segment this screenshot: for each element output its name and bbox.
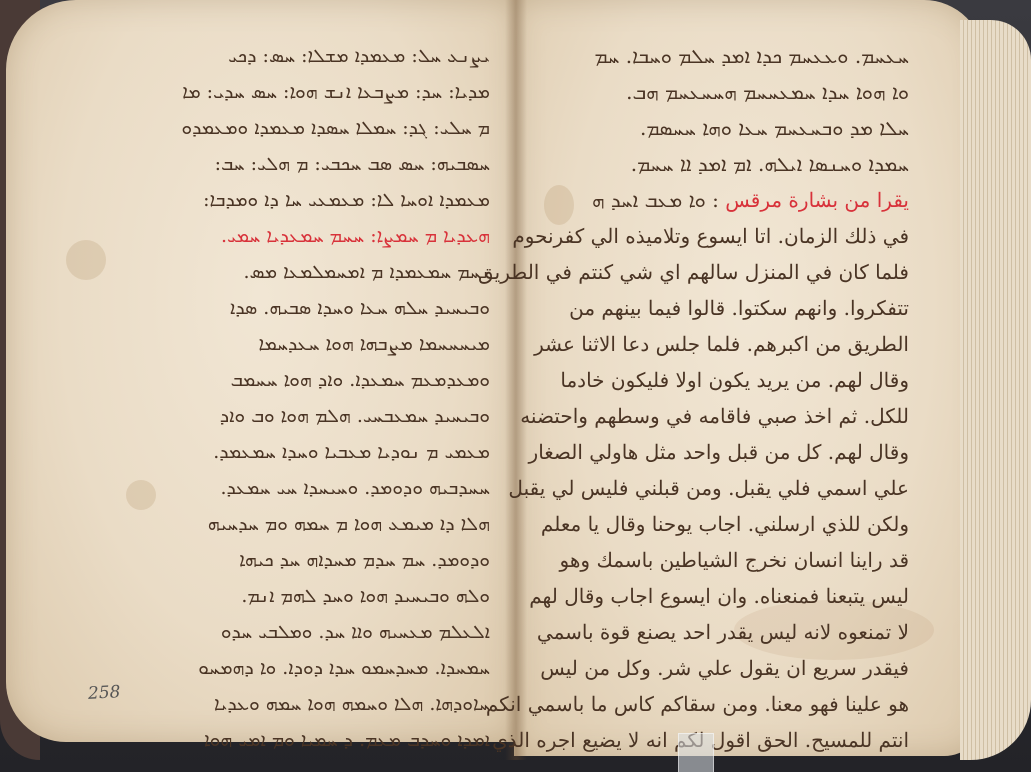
text-line: علي اسمي فلي يقبل. ومن قبلني فليس لي يقب… (534, 470, 909, 506)
text-line: وقال لهم. كل من قبل واحد مثل هاولي الصغا… (534, 434, 909, 470)
text-line: ܚܣܒܝܗ: ܚܣ ܣܒ ܚܟܒܝ: ܡ ܗܠܝ: ܚܒ: (110, 146, 490, 182)
text-line: ܚܥܚܡ. ܘܥܥܚܡ ܟܕܐ ܐܡܕ ܚܠܡ ܘܚܒܐ. ܚܡ (534, 38, 909, 74)
right-page-text: ܚܥܚܡ. ܘܥܥܚܡ ܟܕܐ ܐܡܕ ܚܠܡ ܘܚܒܐ. ܚܡ ܘܐ ܗܘܐ … (534, 38, 909, 758)
page-clip (678, 733, 714, 772)
folio-number: 258 (87, 682, 120, 704)
text-line: فيقدر سريع ان يقول علي شر. وكل من ليس (534, 650, 909, 686)
text-line: انتم للمسيح. الحق اقول لكم انه لا يضيع ا… (534, 722, 909, 758)
text-line: في ذلك الزمان. اتا ايسوع وتلاميذه الي كف… (534, 218, 909, 254)
text-line: هو علينا فهو معنا. ومن سقاكم كاس ما باسم… (534, 686, 909, 722)
text-line: لا تمنعوه لانه ليس يقدر احد يصنع قوة باس… (534, 614, 909, 650)
text-line: ܡܕܝܐ: ܚܕ: ܡܨܒܥܐ ܐܢܫ ܗܘܐ: ܚܣ ܚܕܝ: ܡܐ (110, 74, 490, 110)
fore-edge-leaves (960, 20, 1031, 760)
left-page-text: ܝܨܢܥ ܚܠ: ܡܥܡܕܐ ܡܫܠܐ: ܚܣ: ܕܟܝ ܡܕܝܐ: ܚܕ: ܡ… (110, 38, 490, 758)
text-line: قد راينا انسان نخرج الشياطين باسمك وهو (534, 542, 909, 578)
rubric-line: ܗܥܕܝܐ ܡ ܚܡܨܐ: ܚܚܡ ܚܡܥܕܝܐ ܚܡܝ. (110, 218, 490, 254)
text-line: ܐܡܕܐ ܘܚܕܒ ܡܥܡ. ܕ ܚܡܝܐ ܘܡ ܐܡܝ ܗܘܐ (110, 722, 490, 758)
text-line: ܘܒܝܚܝܕ ܚܡܥܒܚܝ. ܗܠܡ ܗܘܐ ܘܒ ܘܐܕ (110, 398, 490, 434)
text-line: ܚܐܘܕܗܐ. ܗܠܐ ܘܚܡܗ ܗܘܐ ܚܡܗ ܘܥܕܝܐ (110, 686, 490, 722)
text-line: ܚܚܕܒܝܗ ܘܕܘܡܕ. ܘܚܝܚܕܐ ܚܝ ܚܡܥܕ. (110, 470, 490, 506)
rubric-heading: يقرا من بشارة مرقس (725, 188, 909, 212)
text-line: وقال لهم. من يريد يكون اولا فليكون خادما (534, 362, 909, 398)
text-line: ܗܠܐ ܕܐ ܡܝܡܥ ܗܘܐ ܡ ܚܡܗ ܘܡ ܚܕܚܝܗ (110, 506, 490, 542)
text-line: ܘܡܥܕܡܥܡ ܚܡܥܕܐ. ܘܐܕ ܗܘܐ ܚܚܡܒ (110, 362, 490, 398)
rubric-line: يقرا من بشارة مرقس : ܘܐ ܡܥܒ ܐܚܕ ܗ (534, 182, 909, 218)
text-line: ܘܕܘܡܕ. ܚܡ ܚܕܡ ܡܚܕܐܗ ܚܕ ܟܝܗܐ (110, 542, 490, 578)
text-line: ܚܡܕܐ ܘܚܢܣܐ ܐܝܠܗ. ܐܡ ܐܡܕ ܐܐ ܚܚܡ. (534, 146, 909, 182)
text-line: ܢܚܡ ܚܡܥܡܕܐ ܡ ܐܡܚܡܠܡܥܐ ܡܣ. (110, 254, 490, 290)
text-line: ولكن للذي ارسلني. اجاب يوحنا وقال يا معل… (534, 506, 909, 542)
text-line: فلما كان في المنزل سالهم اي شي كنتم في ا… (534, 254, 909, 290)
text-line: للكل. ثم اخذ صبي فاقامه في وسطهم واحتضنه (534, 398, 909, 434)
text-line: ܝܨܢܥ ܚܠ: ܡܥܡܕܐ ܡܫܠܐ: ܚܣ: ܕܟܝ (110, 38, 490, 74)
text-line: ܘܠܗ ܘܒܝܚܝܕ ܗܘܐ ܘܚܕ ܠܗܡ ܐܢܡ. (110, 578, 490, 614)
text-line: ܐܠܥܠܡ ܡܥܚܝܗ ܘܐܐ ܚܕ. ܘܡܠܒܝ ܚܕܘ (110, 614, 490, 650)
text-line: الطريق من اكبرهم. فلما جلس دعا الاثنا عش… (534, 326, 909, 362)
text-line: ܡܝܚܚܚܡܐ ܡܨܒܗܐ ܗܘܐ ܚܥܕܚܡܐ (110, 326, 490, 362)
text-line: ܚܠܐ ܡܕ ܘܒܚܥܚܡ ܚܥܐ ܘܗܐ ܚܚܣܡ. (534, 110, 909, 146)
text-line: ܡܥܡܕܐ ܐܘܚܐ ܠܐ: ܡܥܡܥܝ ܚܐ ܕܐ ܘܡܕܒܐ: (110, 182, 490, 218)
text-line: تتفكروا. وانهم سكتوا. قالوا فيما بينهم م… (534, 290, 909, 326)
stain (66, 240, 106, 280)
text-line: ܡ ܚܠܝ: ܓܕ: ܚܡܠܐ ܚܣܕܐ ܡܥܡܕܐ ܘܡܥܡܕܘ (110, 110, 490, 146)
syriac-prefix: : ܘܐ ܡܥܒ ܐܚܕ ܗ (592, 188, 719, 212)
text-line: ܚܡܚܕܐ. ܡܚܕܚܡܘ ܚܕܐ ܕܘܕܐ. ܘܐ ܕܗܡܚܘ (110, 650, 490, 686)
text-line: ܡܥܡܝ ܡ ܢܘܕܝܐ ܡܥܒܝܐ ܘܚܕܐ ܚܡܥܡܕ. (110, 434, 490, 470)
text-line: ܘܒܝܚܝܕ ܚܠܗ ܚܥܐ ܘܚܕܐ ܣܒܝܗ. ܣܕܐ (110, 290, 490, 326)
gutter (505, 0, 527, 760)
text-line: ليس يتبعنا فمنعناه. وان ايسوع اجاب وقال … (534, 578, 909, 614)
text-line: ܘܐ ܗܘܐ ܚܕܐ ܚܡܥܚܚܡ ܗܚܚܥܚܡ ܗܒ. (534, 74, 909, 110)
